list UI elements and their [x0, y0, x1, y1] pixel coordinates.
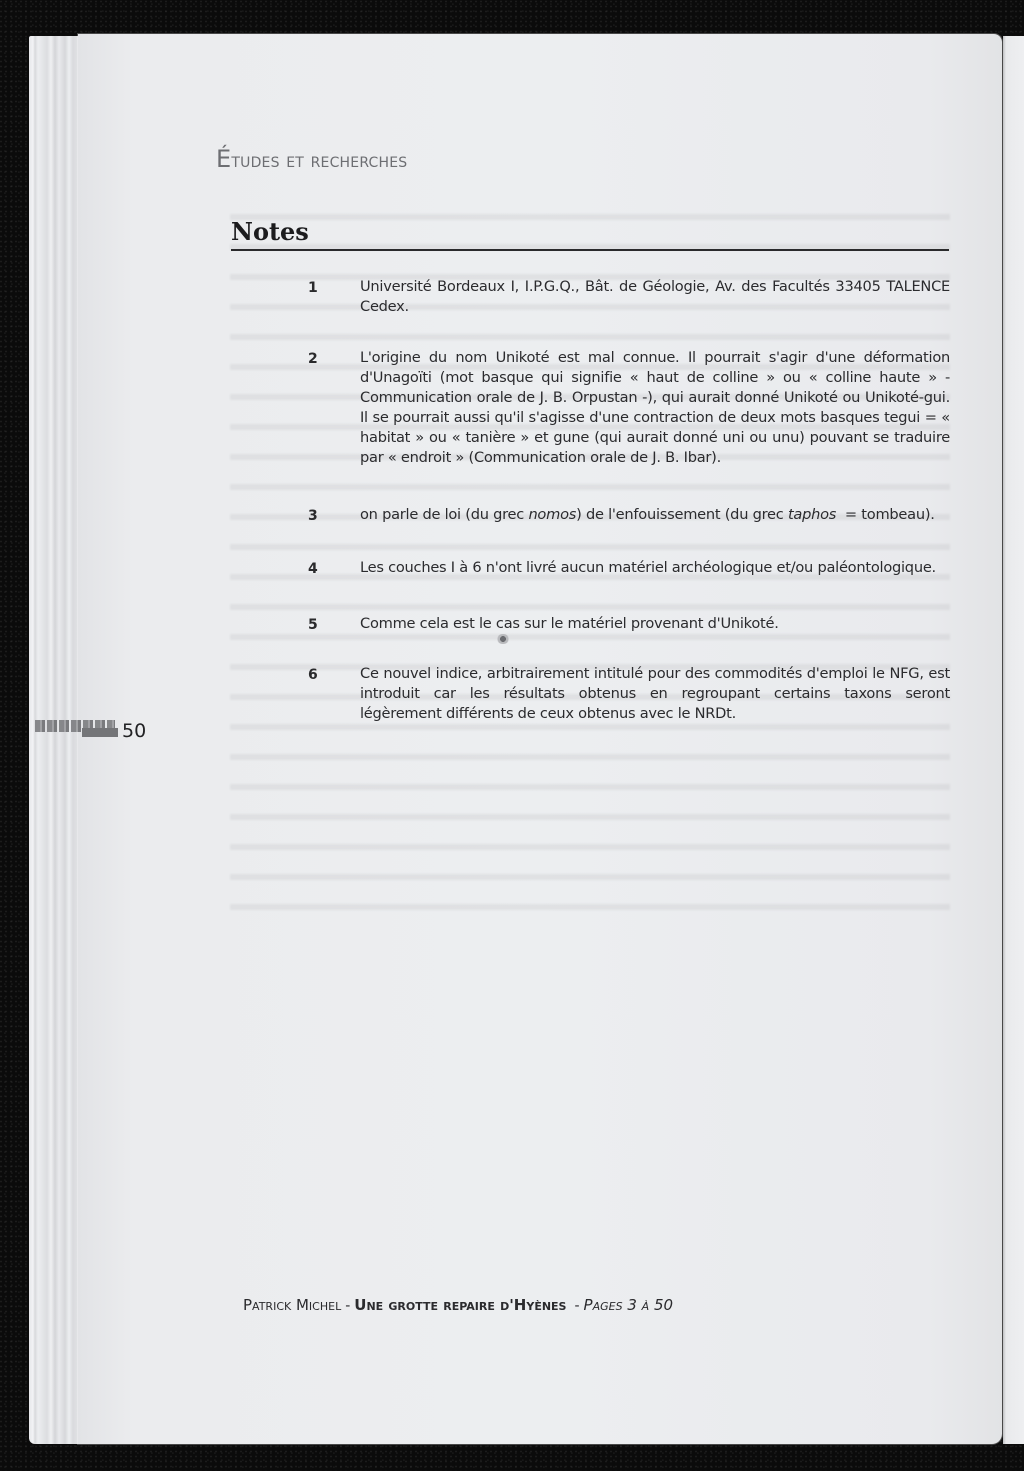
- footer-title: Une grotte repaire d'Hyènes: [354, 1296, 566, 1314]
- note-number: 2: [300, 348, 360, 367]
- page-number: 50: [122, 720, 146, 742]
- note-2: 2 L'origine du nom Unikoté est mal connu…: [300, 348, 950, 468]
- running-head: Études et recherches: [216, 145, 407, 173]
- footer-pages: Pages 3 à 50: [584, 1296, 674, 1314]
- note-text: Comme cela est le cas sur le matériel pr…: [360, 614, 950, 634]
- note-4: 4 Les couches I à 6 n'ont livré aucun ma…: [300, 558, 950, 578]
- note-number: 4: [300, 558, 360, 577]
- scan-artifact: [496, 634, 510, 644]
- footer: Patrick Michel-Une grotte repaire d'Hyèn…: [243, 1296, 673, 1314]
- note-5: 5 Comme cela est le cas sur le matériel …: [300, 614, 950, 634]
- note-1: 1 Université Bordeaux I, I.P.G.Q., Bât. …: [300, 277, 950, 317]
- footer-author: Patrick Michel: [243, 1296, 341, 1314]
- note-text-part: ) de l'enfouissement (du grec: [576, 506, 788, 523]
- note-text: on parle de loi (du grec nomos) de l'enf…: [360, 505, 950, 525]
- running-head-text: tudes et recherches: [231, 148, 407, 172]
- note-text-part: on parle de loi (du grec: [360, 506, 528, 523]
- note-text: Université Bordeaux I, I.P.G.Q., Bât. de…: [360, 277, 950, 317]
- note-number: 1: [300, 277, 360, 296]
- note-text-part: = tombeau).: [836, 506, 935, 523]
- note-text: Ce nouvel indice, arbitrairement intitul…: [360, 664, 950, 724]
- section-title: Notes: [231, 217, 309, 246]
- document-page: [78, 34, 1002, 1444]
- note-italic-term: nomos: [528, 506, 576, 523]
- page-number-marker: 50: [30, 718, 160, 748]
- note-6: 6 Ce nouvel indice, arbitrairement intit…: [300, 664, 950, 724]
- running-head-initial: É: [216, 145, 231, 173]
- note-text: L'origine du nom Unikoté est mal connue.…: [360, 348, 950, 468]
- note-number: 6: [300, 664, 360, 683]
- section-divider: [231, 249, 949, 251]
- thumb-index-bar: [82, 728, 118, 737]
- note-number: 3: [300, 505, 360, 524]
- note-3: 3 on parle de loi (du grec nomos) de l'e…: [300, 505, 950, 525]
- footer-separator: -: [574, 1298, 579, 1314]
- note-number: 5: [300, 614, 360, 633]
- note-text: Les couches I à 6 n'ont livré aucun maté…: [360, 558, 950, 578]
- note-italic-term: taphos: [788, 506, 836, 523]
- footer-separator: -: [345, 1298, 350, 1314]
- next-page-edge: [1003, 36, 1024, 1444]
